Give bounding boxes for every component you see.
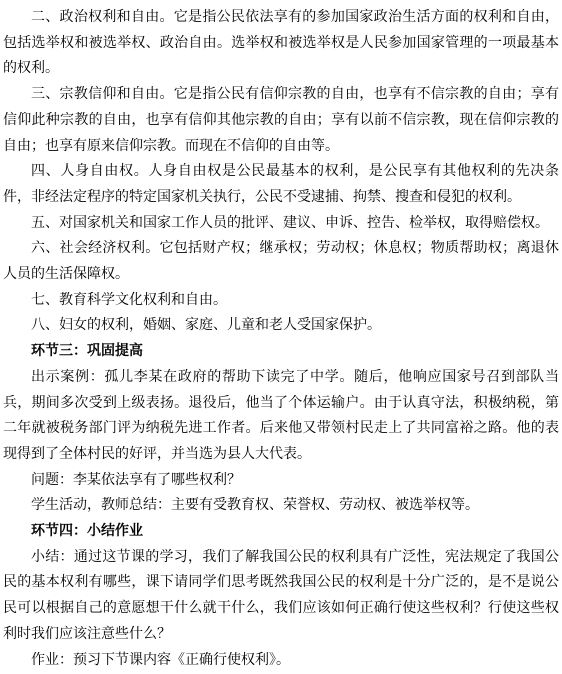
paragraph-education-rights: 七、教育科学文化权利和自由。 bbox=[3, 288, 559, 314]
paragraph-homework: 作业：预习下节课内容《正确行使权利》。 bbox=[3, 648, 559, 674]
paragraph-question: 问题：李某依法享有了哪些权利？ bbox=[3, 468, 559, 494]
paragraph-political-rights: 二、政治权利和自由。它是指公民依法享有的参加国家政治生活方面的权利和自由，包括选… bbox=[3, 5, 559, 82]
paragraph-economic-rights: 六、社会经济权利。它包括财产权；继承权；劳动权；休息权；物质帮助权；离退休人员的… bbox=[3, 236, 559, 287]
paragraph-case-study: 出示案例：孤儿李某在政府的帮助下读完了中学。随后，他响应国家号召到部队当兵，期间… bbox=[3, 365, 559, 468]
paragraph-criticism-rights: 五、对国家机关和国家工作人员的批评、建议、申诉、控告、检举权，取得赔偿权。 bbox=[3, 211, 559, 237]
paragraph-religious-freedom: 三、宗教信仰和自由。它是指公民有信仰宗教的自由，也享有不信宗教的自由；享有信仰此… bbox=[3, 82, 559, 159]
paragraph-women-rights: 八、妇女的权利，婚姻、家庭、儿童和老人受国家保护。 bbox=[3, 313, 559, 339]
paragraph-teacher-summary: 学生活动，教师总结：主要有受教育权、荣誉权、劳动权、被选举权等。 bbox=[3, 493, 559, 519]
document-page: 二、政治权利和自由。它是指公民依法享有的参加国家政治生活方面的权利和自由，包括选… bbox=[0, 0, 562, 674]
section-heading-step3: 环节三：巩固提高 bbox=[3, 339, 559, 365]
section-heading-step4: 环节四：小结作业 bbox=[3, 519, 559, 545]
paragraph-lesson-summary: 小结：通过这节课的学习，我们了解我国公民的权利具有广泛性，宪法规定了我国公民的基… bbox=[3, 545, 559, 648]
paragraph-personal-freedom: 四、人身自由权。人身自由权是公民最基本的权利，是公民享有其他权利的先决条件，非经… bbox=[3, 159, 559, 210]
